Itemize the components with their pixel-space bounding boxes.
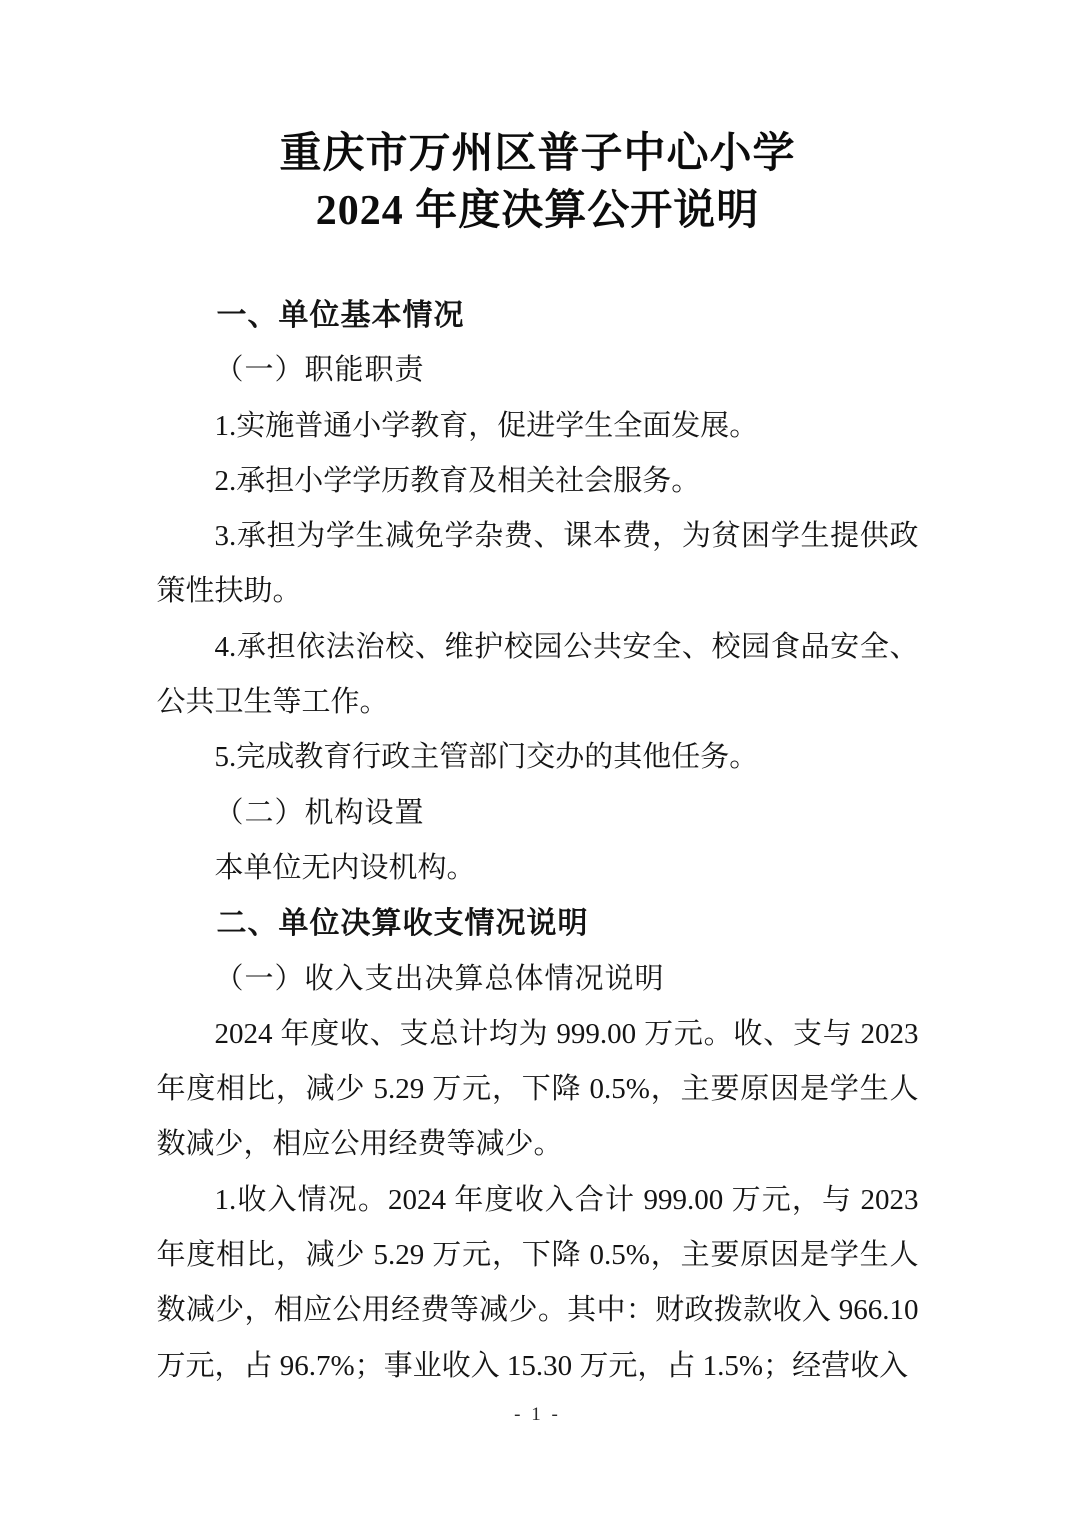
paragraph: 2.承担小学学历教育及相关社会服务。: [157, 454, 919, 509]
paragraph: 5.完成教育行政主管部门交办的其他任务。: [157, 730, 919, 785]
section-heading: 一、单位基本情况: [157, 288, 919, 343]
document-page: 重庆市万州区普子中心小学 2024 年度决算公开说明 一、单位基本情况（一）职能…: [0, 0, 1075, 1520]
document-title: 重庆市万州区普子中心小学 2024 年度决算公开说明: [0, 0, 1075, 240]
section-heading: 二、单位决算收支情况说明: [157, 896, 919, 951]
paragraph: 2024 年度收、支总计均为 999.00 万元。收、支与 2023 年度相比，…: [157, 1007, 919, 1173]
document-title-line2: 2024 年度决算公开说明: [0, 183, 1075, 240]
paragraph: 1.收入情况。2024 年度收入合计 999.00 万元，与 2023 年度相比…: [157, 1173, 919, 1394]
paragraph: 4.承担依法治校、维护校园公共安全、校园食品安全、公共卫生等工作。: [157, 620, 919, 731]
document-title-line1: 重庆市万州区普子中心小学: [0, 126, 1075, 183]
page-number: - 1 -: [0, 1404, 1075, 1426]
subsection-heading: （一）收入支出决算总体情况说明: [157, 952, 919, 1007]
document-body: 一、单位基本情况（一）职能职责1.实施普通小学教育，促进学生全面发展。2.承担小…: [157, 288, 919, 1394]
subsection-heading: （一）职能职责: [157, 343, 919, 398]
paragraph: 1.实施普通小学教育，促进学生全面发展。: [157, 399, 919, 454]
paragraph: 3.承担为学生减免学杂费、课本费，为贫困学生提供政策性扶助。: [157, 509, 919, 620]
subsection-heading: （二）机构设置: [157, 786, 919, 841]
paragraph: 本单位无内设机构。: [157, 841, 919, 896]
